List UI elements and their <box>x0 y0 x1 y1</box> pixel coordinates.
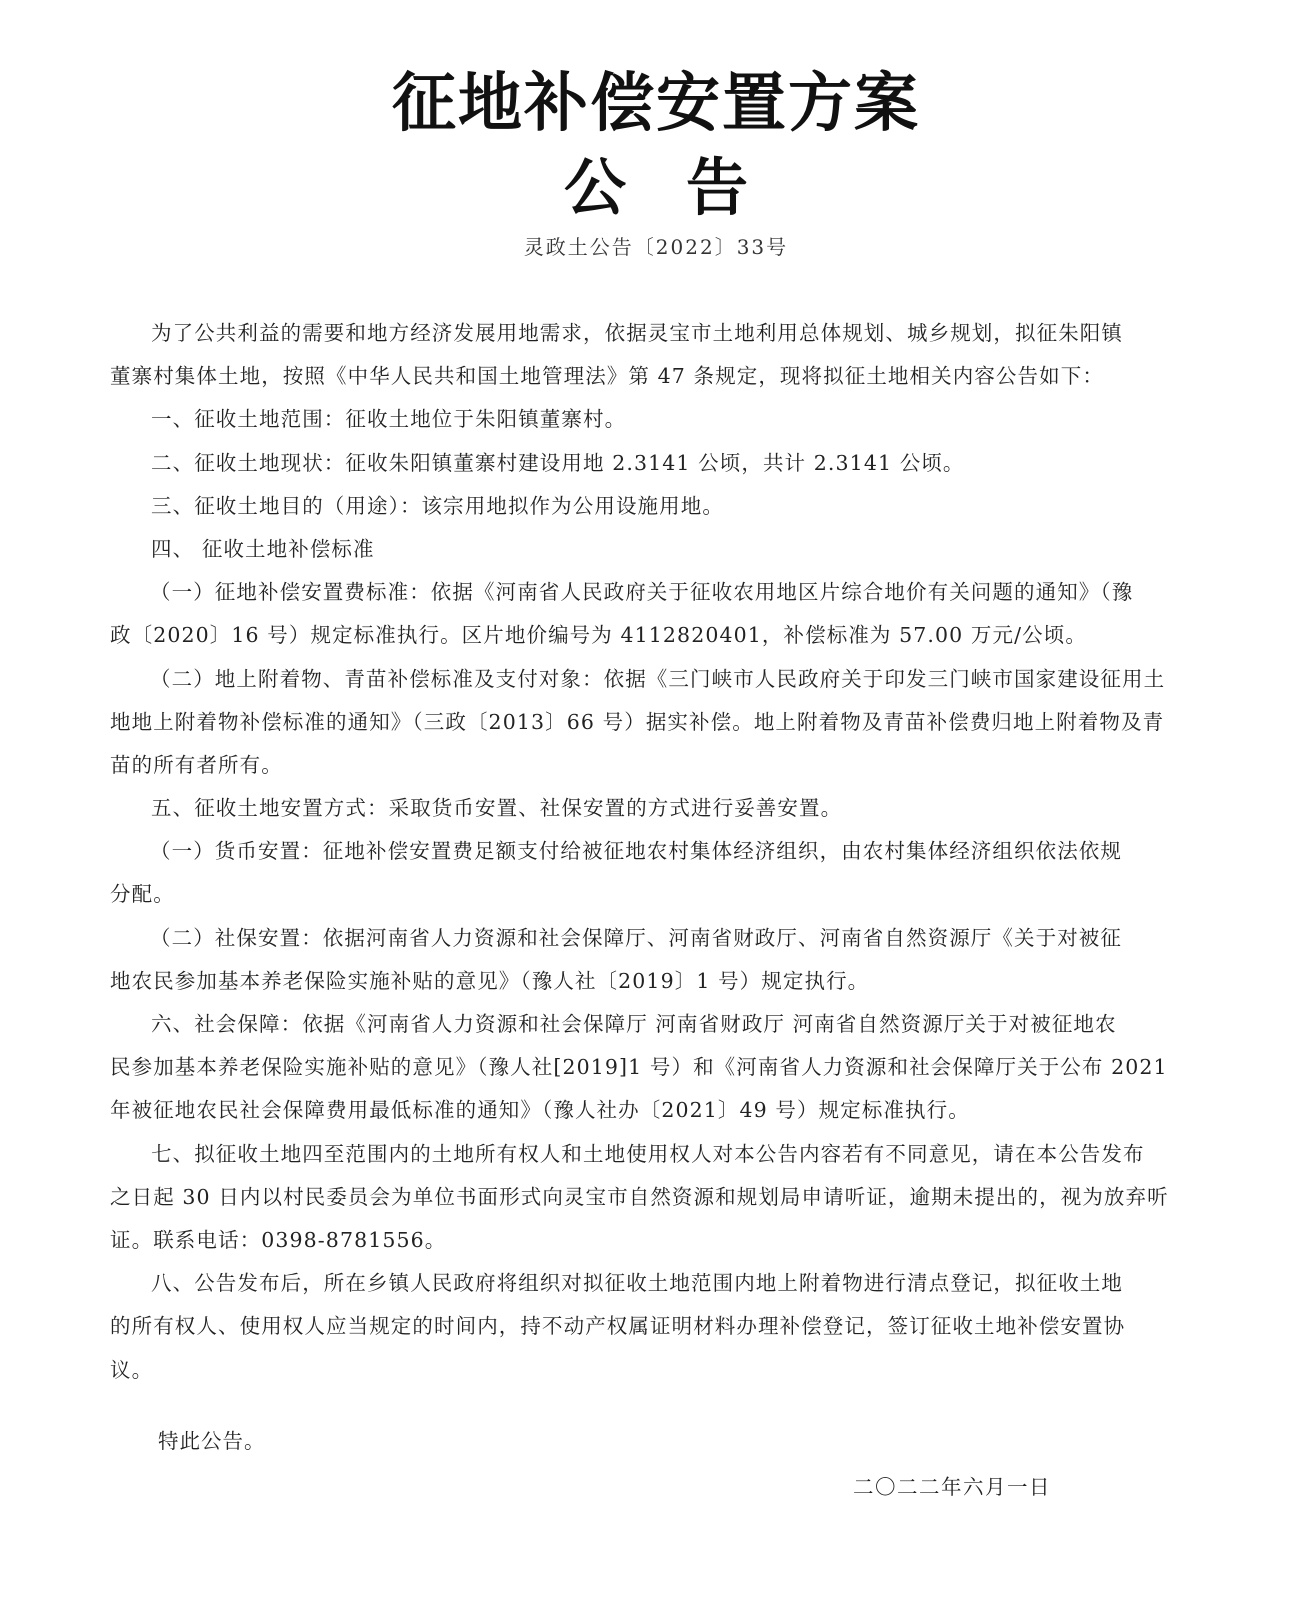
announcement-page: 征地补偿安置方案 公告 灵政土公告〔2022〕33号 为了公共利益的需要和地方经… <box>0 0 1312 1600</box>
section-8-line: 八、公告发布后，所在乡镇人民政府将组织对拟征收土地范围内地上附着物进行清点登记，… <box>110 1262 1180 1305</box>
document-body: 为了公共利益的需要和地方经济发展用地需求，依据灵宝市土地利用总体规划、城乡规划，… <box>110 312 1180 1392</box>
section-7-contact-line: 证。联系电话：0398-8781556。 <box>110 1219 1180 1262</box>
section-4-2-line: 苗的所有者所有。 <box>110 744 1180 787</box>
section-8-line: 的所有权人、使用权人应当规定的时间内，持不动产权属证明材料办理补偿登记，签订征收… <box>110 1305 1180 1348</box>
section-1-scope: 一、征收土地范围：征收土地位于朱阳镇董寨村。 <box>110 398 1180 441</box>
issue-date: 二〇二二年六月一日 <box>853 1466 1051 1509</box>
section-5-2-line: （二）社保安置：依据河南省人力资源和社会保障厅、河南省财政厅、河南省自然资源厅《… <box>110 917 1180 960</box>
section-5-heading: 五、征收土地安置方式：采取货币安置、社保安置的方式进行妥善安置。 <box>110 787 1180 830</box>
section-4-1-line: （一）征地补偿安置费标准：依据《河南省人民政府关于征收农用地区片综合地价有关问题… <box>110 571 1180 614</box>
section-3-purpose: 三、征收土地目的（用途）：该宗用地拟作为公用设施用地。 <box>110 485 1180 528</box>
section-6-line: 民参加基本养老保险实施补贴的意见》（豫人社[2019]1 号）和《河南省人力资源… <box>110 1046 1180 1089</box>
section-2-status: 二、征收土地现状：征收朱阳镇董寨村建设用地 2.3141 公顷，共计 2.314… <box>110 442 1180 485</box>
section-5-1-line: 分配。 <box>110 873 1180 916</box>
closing-statement: 特此公告。 <box>158 1420 266 1463</box>
section-7-line: 之日起 30 日内以村民委员会为单位书面形式向灵宝市自然资源和规划局申请听证，逾… <box>110 1176 1180 1219</box>
intro-paragraph-line: 为了公共利益的需要和地方经济发展用地需求，依据灵宝市土地利用总体规划、城乡规划，… <box>110 312 1180 355</box>
section-7-line: 七、拟征收土地四至范围内的土地所有权人和土地使用权人对本公告内容若有不同意见，请… <box>110 1133 1180 1176</box>
section-6-line: 六、社会保障：依据《河南省人力资源和社会保障厅 河南省财政厅 河南省自然资源厅关… <box>110 1003 1180 1046</box>
intro-paragraph-line: 董寨村集体土地，按照《中华人民共和国土地管理法》第 47 条规定，现将拟征土地相… <box>110 355 1180 398</box>
section-8-line: 议。 <box>110 1349 1180 1392</box>
section-4-2-line: 地地上附着物补偿标准的通知》（三政〔2013〕66 号）据实补偿。地上附着物及青… <box>110 701 1180 744</box>
document-number: 灵政土公告〔2022〕33号 <box>0 232 1312 262</box>
document-subtitle: 公告 <box>0 152 1312 224</box>
section-4-2-line: （二）地上附着物、青苗补偿标准及支付对象：依据《三门峡市人民政府关于印发三门峡市… <box>110 658 1180 701</box>
section-5-1-line: （一）货币安置：征地补偿安置费足额支付给被征地农村集体经济组织，由农村集体经济组… <box>110 830 1180 873</box>
document-title: 征地补偿安置方案 <box>0 68 1312 140</box>
section-4-heading: 四、 征收土地补偿标准 <box>110 528 1180 571</box>
section-6-line: 年被征地农民社会保障费用最低标准的通知》（豫人社办〔2021〕49 号）规定标准… <box>110 1089 1180 1132</box>
section-5-2-line: 地农民参加基本养老保险实施补贴的意见》（豫人社〔2019〕1 号）规定执行。 <box>110 960 1180 1003</box>
section-4-1-line: 政〔2020〕16 号）规定标准执行。区片地价编号为 4112820401，补偿… <box>110 614 1180 657</box>
